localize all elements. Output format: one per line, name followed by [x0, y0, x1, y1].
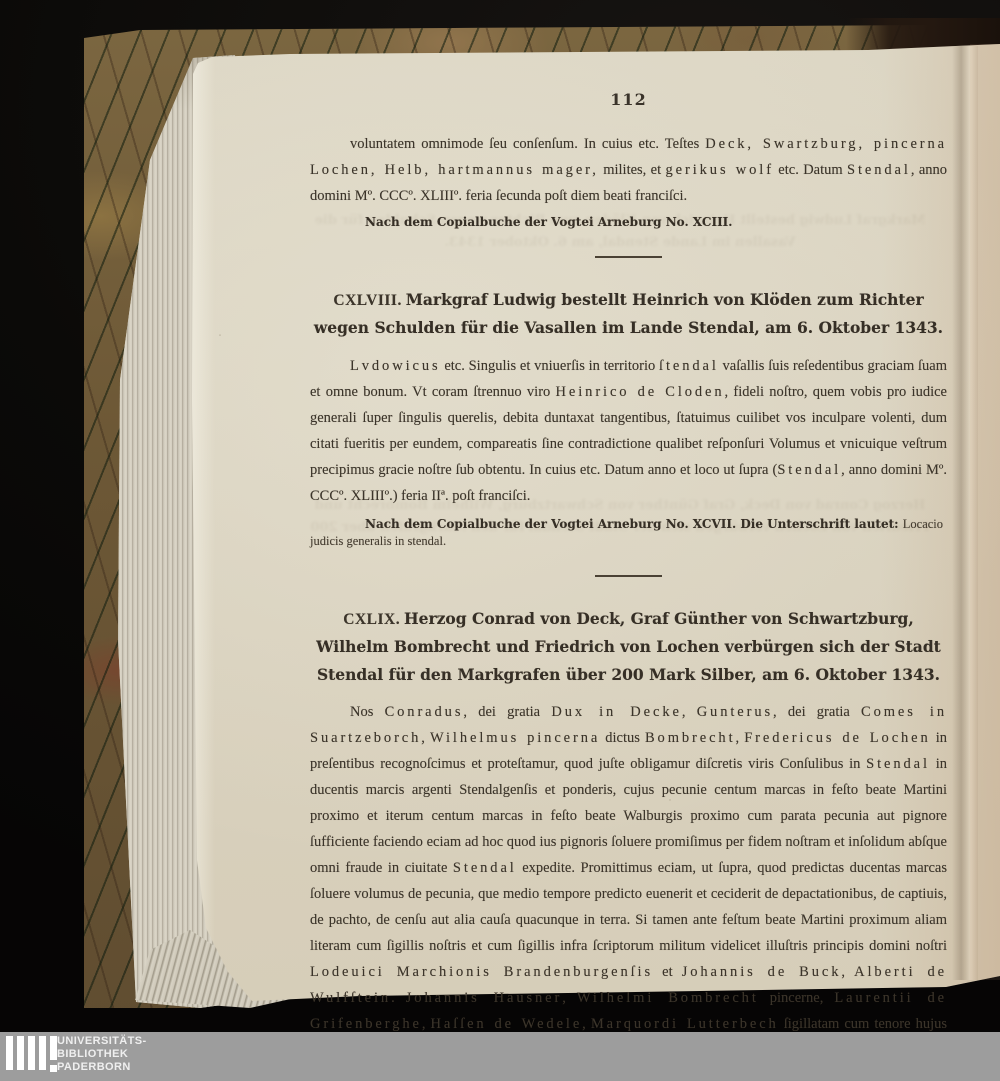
- library-logo-icon: [6, 1036, 54, 1076]
- source-note-text: Nach dem Copialbuche der Vogtei Arneburg…: [365, 215, 732, 229]
- page-number: 112: [310, 90, 947, 109]
- letterspaced-name: Stendal: [866, 756, 930, 772]
- body-text: ,: [582, 1016, 591, 1032]
- charter-body-cxlix: Nos Conradus, dei gratia Dux in Decke, G…: [310, 699, 947, 1063]
- letterspaced-name: Gunterus: [697, 704, 773, 720]
- library-name-line: PADERBORN: [57, 1061, 147, 1074]
- letterspaced-name: Fredericus de Lochen: [744, 730, 930, 746]
- library-name-line: UNIVERSITÄTS-: [57, 1035, 147, 1048]
- charter-body-cxlviii: Lvdowicus etc. Singulis et vniuerſis in …: [310, 353, 947, 509]
- section-divider: [595, 575, 662, 577]
- body-text: ,: [421, 730, 430, 746]
- letterspaced-name: gerikus wolf: [666, 162, 774, 178]
- body-text: voluntatem omnimode ſeu conſenſum. In cu…: [350, 136, 705, 152]
- letterspaced-name: Marquordi Lutterbech: [591, 1016, 779, 1032]
- charter-title: Markgraf Ludwig bestellt Heinrich von Kl…: [314, 290, 943, 337]
- text-column: voluntatem omnimode ſeu conſenſum. In cu…: [310, 131, 947, 1063]
- body-text: .: [391, 990, 406, 1006]
- body-text: milites, et: [599, 162, 666, 178]
- body-text: ,: [736, 730, 745, 746]
- section-divider: [595, 256, 662, 258]
- charter-number: CXLVIII.: [333, 292, 401, 309]
- book-scan: Markgraf Ludwig bestellt Heinrich von Kl…: [0, 0, 1000, 1081]
- body-text: in ducentis marcis argenti Stendalgenſis…: [310, 756, 947, 876]
- body-text: ,: [422, 1016, 431, 1032]
- letterspaced-name: Haſſen de Wedele: [431, 1016, 583, 1032]
- charter-heading-cxlviii: CXLVIII. Markgraf Ludwig bestellt Heinri…: [310, 286, 947, 342]
- paragraph-continuation: voluntatem omnimode ſeu conſenſum. In cu…: [310, 131, 947, 209]
- body-text: etc. Datum: [774, 162, 847, 178]
- letterspaced-name: Lodeuici Marchionis Brandenburgenſis: [310, 964, 653, 980]
- letterspaced-name: Lvdowicus: [350, 358, 441, 374]
- letterspaced-name: Bombrecht: [645, 730, 736, 746]
- charter-heading-cxlix: CXLIX. Herzog Conrad von Deck, Graf Günt…: [310, 605, 947, 689]
- letterspaced-name: Heinrico de Cloden: [556, 384, 725, 400]
- body-text: et: [653, 964, 682, 980]
- library-name-line: BIBLIOTHEK: [57, 1048, 147, 1061]
- facing-page-edge: [970, 44, 1000, 980]
- body-text: ,: [841, 964, 854, 980]
- source-note-text: Nach dem Copialbuche der Vogtei Arneburg…: [365, 517, 903, 531]
- letterspaced-name: ſtendal: [659, 358, 719, 374]
- source-note: Nach dem Copialbuche der Vogtei Arneburg…: [310, 214, 947, 231]
- body-text: etc. Singulis et vniuerſis in territorio: [441, 358, 659, 374]
- letterspaced-name: Dux in Decke: [551, 704, 682, 720]
- charter-title: Herzog Conrad von Deck, Graf Günther von…: [316, 609, 941, 684]
- letterspaced-name: Johannis de Buck: [682, 964, 842, 980]
- library-watermark-bar: UNIVERSITÄTS- BIBLIOTHEK PADERBORN: [0, 1032, 1000, 1081]
- body-text: Nos: [350, 704, 385, 720]
- body-text: ,: [682, 704, 697, 720]
- source-note: Nach dem Copialbuche der Vogtei Arneburg…: [310, 516, 947, 550]
- letterspaced-name: Stendal: [847, 162, 911, 178]
- charter-number: CXLIX.: [343, 611, 400, 628]
- body-text: dictus: [600, 730, 645, 746]
- library-name: UNIVERSITÄTS- BIBLIOTHEK PADERBORN: [57, 1035, 147, 1074]
- body-text: pincerne,: [759, 990, 835, 1006]
- body-text: , dei gratia: [463, 704, 551, 720]
- letterspaced-name: Johannis Hausner: [406, 990, 563, 1006]
- letterspaced-name: Stendal: [453, 860, 517, 876]
- body-text: , dei gratia: [773, 704, 861, 720]
- body-text: ,: [562, 990, 577, 1006]
- letterspaced-name: Wilhelmus pincerna: [430, 730, 600, 746]
- letterspaced-name: Conradus: [385, 704, 464, 720]
- letterspaced-name: Wilhelmi Bombrecht: [577, 990, 759, 1006]
- letterspaced-name: Stendal: [777, 462, 841, 478]
